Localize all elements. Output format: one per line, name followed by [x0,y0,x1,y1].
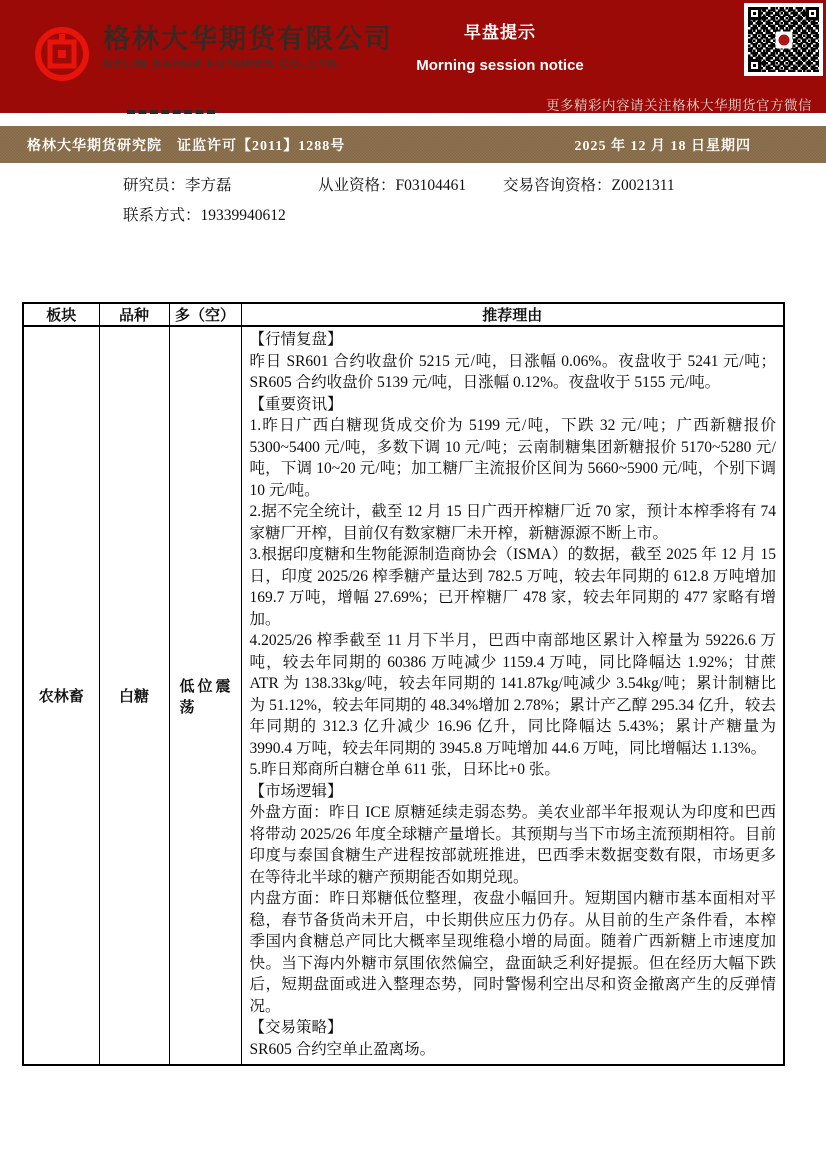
researcher-name: 研究员：李方磊 [123,173,232,195]
qr-finder-icon [748,59,761,72]
report-title-cn: 早盘提示 [385,18,615,43]
report-title-en: Morning session notice [385,57,615,74]
cell-reason: 【行情复盘】昨日 SR601 合约收盘价 5215 元/吨，日涨幅 0.06%。… [241,326,784,1065]
reason-paragraph: 4.2025/26 榨季截至 11 月下半月，巴西中南部地区累计入榨量为 592… [250,630,777,759]
table-header-row: 板块 品种 多（空） 推荐理由 [23,303,784,326]
cell-sector: 农林畜 [23,326,99,1065]
institute-license-text: 格林大华期货研究院 证监许可【2011】1288号 [27,135,345,155]
cell-position: 低位震荡 [169,326,241,1065]
recommendation-table: 板块 品种 多（空） 推荐理由 农林畜 白糖 低位震荡 【行情复盘】昨日 SR6… [22,302,785,1066]
position-label: 低位震荡 [171,675,240,717]
reason-paragraph: 外盘方面：昨日 ICE 原糖延续走弱态势。美农业部半年报观认为印度和巴西将带动 … [250,802,777,888]
reason-paragraph: 内盘方面：昨日郑糖低位整理，夜盘小幅回升。短期国内糖市基本面相对平稳，春节备货尚… [250,888,777,1017]
reason-paragraph: 5.昨日郑商所白糖仓单 611 张，日环比+0 张。 [250,759,777,781]
qr-pattern [748,7,819,72]
col-header-variety: 品种 [99,303,169,326]
company-name-block: 格林大华期货有限公司 GELIN DAHUA FUTURES CO.,LTD. [103,24,393,71]
document-page: 格林大华期货有限公司 GELIN DAHUA FUTURES CO.,LTD. … [0,0,826,1169]
qr-finder-icon [806,7,819,20]
info-bar: 格林大华期货研究院 证监许可【2011】1288号 2025 年 12 月 18… [0,126,826,163]
masthead: 格林大华期货有限公司 GELIN DAHUA FUTURES CO.,LTD. … [0,0,826,113]
col-header-sector: 板块 [23,303,99,326]
reason-paragraph: 1.昨日广西白糖现货成交价为 5199 元/吨，下跌 32 元/吨；广西新糖报价… [250,415,777,501]
reason-paragraph: 【行情复盘】 [250,329,777,351]
reason-paragraph: 【交易策略】 [250,1017,777,1039]
reason-paragraph: 昨日 SR601 合约收盘价 5215 元/吨，日涨幅 0.06%。夜盘收于 5… [250,351,777,394]
wechat-qr-code [744,3,823,76]
dashed-divider [127,110,215,114]
company-name-en: GELIN DAHUA FUTURES CO.,LTD. [103,57,393,71]
reason-paragraph: SR605 合约空单止盈离场。 [250,1039,777,1061]
cell-variety: 白糖 [99,326,169,1065]
reason-content: 【行情复盘】昨日 SR601 合约收盘价 5215 元/吨，日涨幅 0.06%。… [250,329,777,1060]
reason-paragraph: 3.根据印度糖和生物能源制造商协会（ISMA）的数据，截至 2025 年 12 … [250,544,777,630]
col-header-reason: 推荐理由 [241,303,784,326]
company-logo-icon [33,25,91,83]
reason-paragraph: 【重要资讯】 [250,394,777,416]
company-name-cn: 格林大华期货有限公司 [103,24,393,54]
reason-paragraph: 【市场逻辑】 [250,781,777,803]
col-header-position: 多（空） [169,303,241,326]
researcher-qualification: 从业资格：F03104461 [318,173,466,195]
report-date: 2025 年 12 月 18 日星期四 [575,135,752,155]
report-title-block: 早盘提示 Morning session notice [385,18,615,74]
qr-finder-icon [748,7,761,20]
researcher-advisory-number: 交易咨询资格：Z0021311 [503,173,675,195]
reason-paragraph: 2.据不完全统计，截至 12 月 15 日广西开榨糖厂近 70 家，预计本榨季将… [250,501,777,544]
researcher-contact: 联系方式：19339940612 [123,203,286,225]
wechat-note: 更多精彩内容请关注格林大华期货官方微信 [546,94,812,114]
table-row: 农林畜 白糖 低位震荡 【行情复盘】昨日 SR601 合约收盘价 5215 元/… [23,326,784,1065]
qr-center-logo-icon [775,31,792,48]
